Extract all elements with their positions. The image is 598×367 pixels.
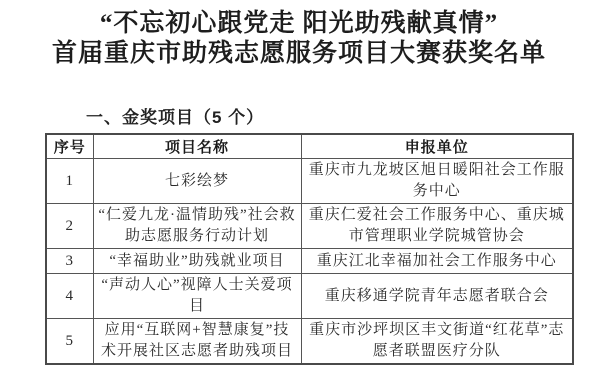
row-number: 4 <box>46 274 93 319</box>
project-name: 应用“互联网+智慧康复”技术开展社区志愿者助残项目 <box>93 319 301 365</box>
table-row: 4 “声动人心”视障人士关爱项目 重庆移通学院青年志愿者联合会 <box>46 274 573 319</box>
project-name: “幸福助业”助残就业项目 <box>93 249 301 274</box>
applicant-unit: 重庆移通学院青年志愿者联合会 <box>301 274 573 319</box>
table-row: 2 “仁爱九龙·温情助残”社会救助志愿服务行动计划 重庆仁爱社会工作服务中心、重… <box>46 204 573 249</box>
applicant-unit: 重庆江北幸福加社会工作服务中心 <box>301 249 573 274</box>
project-name: 七彩绘梦 <box>93 159 301 204</box>
column-header-number: 序号 <box>46 134 93 159</box>
document-title-line2: 首届重庆市助残志愿服务项目大赛获奖名单 <box>0 39 598 69</box>
award-table: 序号 项目名称 申报单位 1 七彩绘梦 重庆市九龙坡区旭日暖阳社会工作服务中心 … <box>45 133 574 365</box>
document-title: “不忘初心跟党走 阳光助残献真情” 首届重庆市助残志愿服务项目大赛获奖名单 <box>0 9 598 69</box>
section-heading-next-partial: 二、银奖项目 <box>86 362 194 367</box>
column-header-project-name: 项目名称 <box>93 134 301 159</box>
project-name: “仁爱九龙·温情助残”社会救助志愿服务行动计划 <box>93 204 301 249</box>
table-row: 5 应用“互联网+智慧康复”技术开展社区志愿者助残项目 重庆市沙坪坝区丰文街道“… <box>46 319 573 365</box>
row-number: 5 <box>46 319 93 365</box>
project-name: “声动人心”视障人士关爱项目 <box>93 274 301 319</box>
applicant-unit: 重庆市沙坪坝区丰文街道“红花草”志愿者联盟医疗分队 <box>301 319 573 365</box>
row-number: 1 <box>46 159 93 204</box>
table-row: 1 七彩绘梦 重庆市九龙坡区旭日暖阳社会工作服务中心 <box>46 159 573 204</box>
document-page: “不忘初心跟党走 阳光助残献真情” 首届重庆市助残志愿服务项目大赛获奖名单 一、… <box>0 0 598 367</box>
table-header-row: 序号 项目名称 申报单位 <box>46 134 573 159</box>
table-row: 3 “幸福助业”助残就业项目 重庆江北幸福加社会工作服务中心 <box>46 249 573 274</box>
column-header-applicant-unit: 申报单位 <box>301 134 573 159</box>
applicant-unit: 重庆市九龙坡区旭日暖阳社会工作服务中心 <box>301 159 573 204</box>
document-title-line1: “不忘初心跟党走 阳光助残献真情” <box>0 9 598 39</box>
section-heading-gold-awards: 一、金奖项目（5 个） <box>86 103 264 128</box>
applicant-unit: 重庆仁爱社会工作服务中心、重庆城市管理职业学院城管协会 <box>301 204 573 249</box>
row-number: 3 <box>46 249 93 274</box>
row-number: 2 <box>46 204 93 249</box>
